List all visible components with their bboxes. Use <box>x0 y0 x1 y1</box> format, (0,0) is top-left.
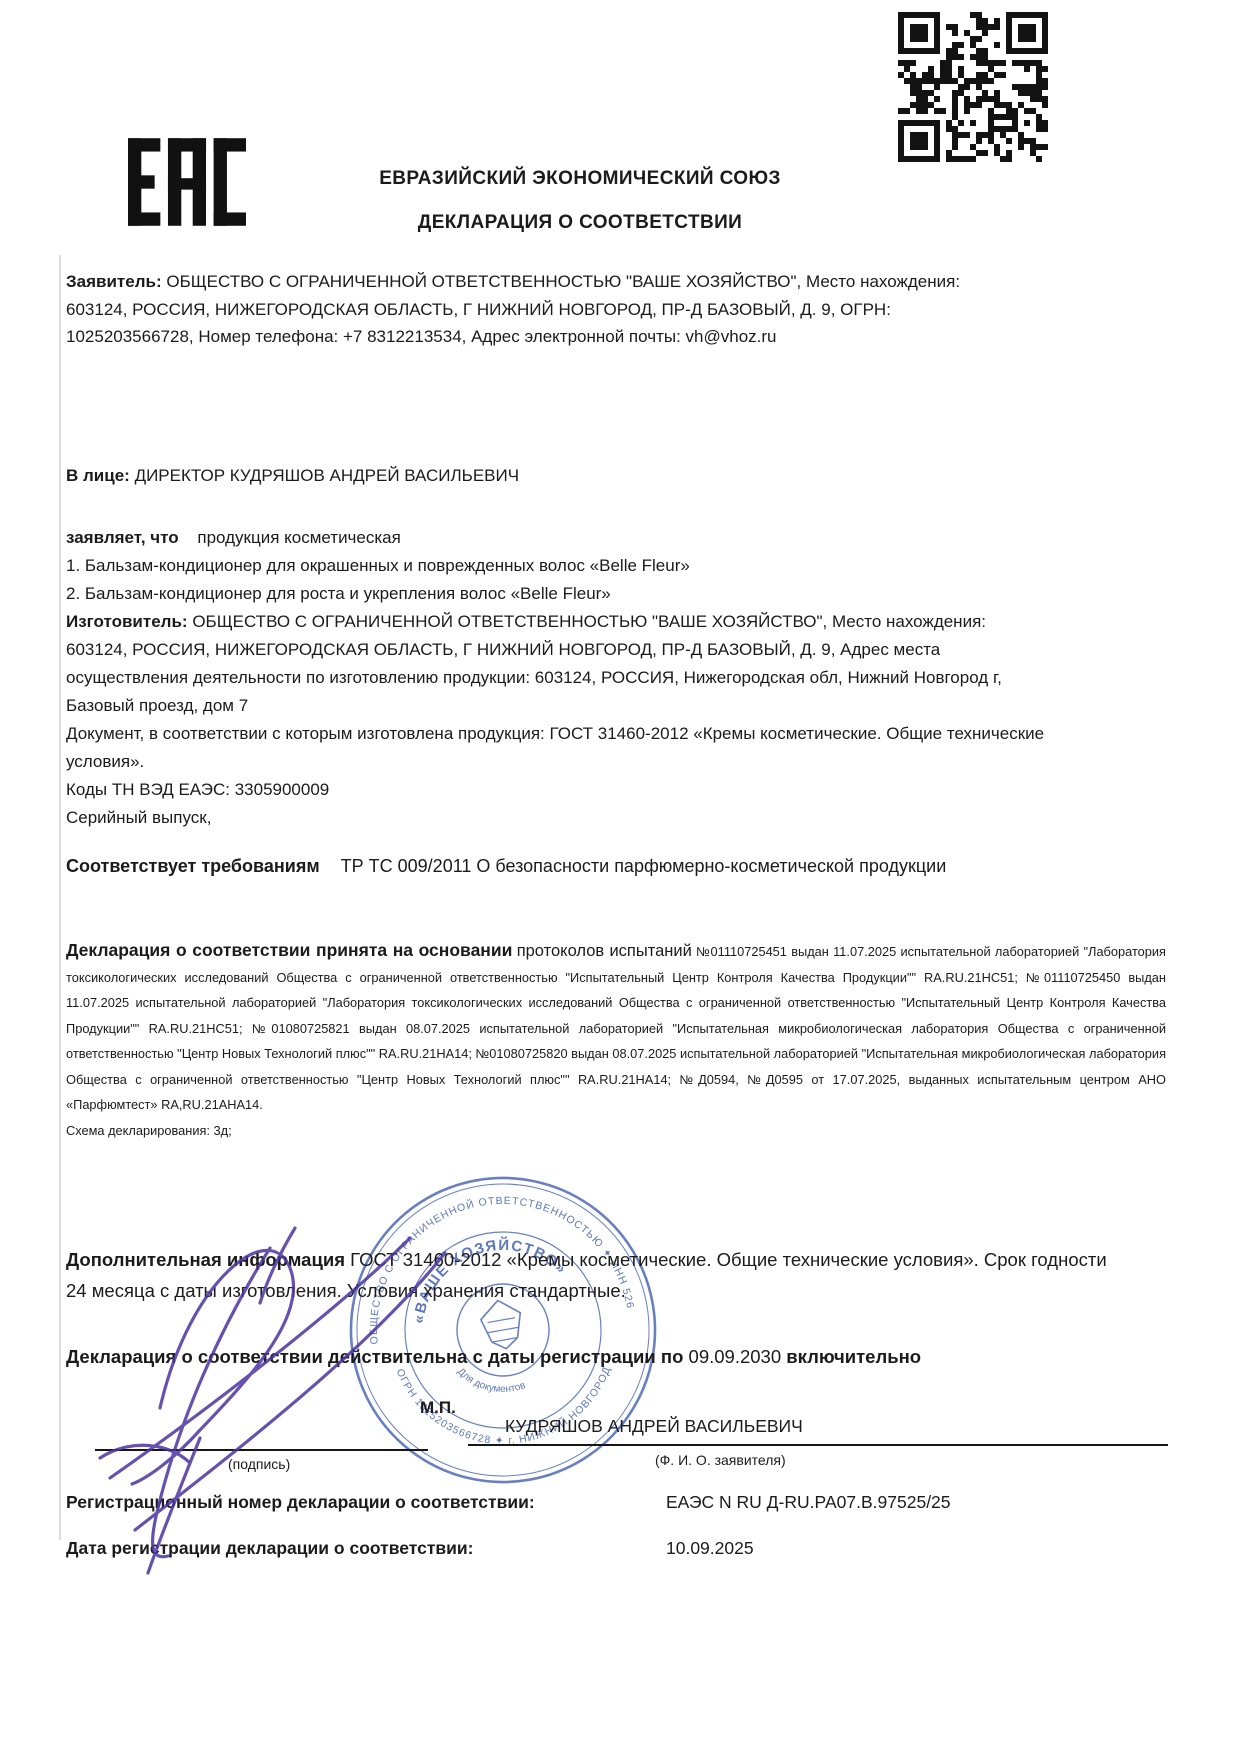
additional-info-label: Дополнительная информация <box>66 1249 345 1270</box>
company-round-stamp: ОБЩЕСТВО С ОГРАНИЧЕННОЙ ОТВЕТСТВЕННОСТЬЮ… <box>335 1162 671 1498</box>
basis-label: Декларация о соответствии принята на осн… <box>66 940 512 960</box>
eac-logo <box>128 138 246 226</box>
tnved-codes-line: Коды ТН ВЭД ЕАЭС: 3305900009 <box>66 776 1051 804</box>
representative-line: В лице: ДИРЕКТОР КУДРЯШОВ АНДРЕЙ ВАСИЛЬЕ… <box>66 462 1026 490</box>
basis-details: №01110725451 выдан 11.07.2025 испытатель… <box>66 944 1166 1112</box>
additional-info-paragraph: Дополнительная информация ГОСТ 31460-201… <box>66 1244 1126 1306</box>
declares-line: заявляет, что продукция косметическая <box>66 524 1051 552</box>
applicant-fio: КУДРЯШОВ АНДРЕЙ ВАСИЛЬЕВИЧ <box>505 1416 803 1437</box>
basis-sublabel: протоколов испытаний <box>517 942 692 960</box>
applicant-text: ОБЩЕСТВО С ОГРАНИЧЕННОЙ ОТВЕТСТВЕННОСТЬЮ… <box>66 272 960 346</box>
basis-paragraph: Декларация о соответствии принята на осн… <box>66 938 1166 1143</box>
product-item-1: 1. Бальзам-кондиционер для окрашенных и … <box>66 552 1051 580</box>
validity-line: Декларация о соответствии действительна … <box>66 1342 1176 1372</box>
validity-date: 09.09.2030 <box>689 1346 782 1367</box>
manufacturer-paragraph: Изготовитель: ОБЩЕСТВО С ОГРАНИЧЕННОЙ ОТ… <box>66 608 1051 720</box>
product-type: продукция косметическая <box>197 528 401 547</box>
handwritten-signature <box>40 1158 680 1588</box>
document-title: ДЕКЛАРАЦИЯ О СООТВЕТСТВИИ <box>250 212 910 234</box>
fio-underline <box>468 1444 1168 1446</box>
qr-code <box>898 12 1048 162</box>
applicant-paragraph: Заявитель: ОБЩЕСТВО С ОГРАНИЧЕННОЙ ОТВЕТ… <box>66 268 990 351</box>
serial-release-line: Серийный выпуск, <box>66 804 1051 832</box>
product-item-2: 2. Бальзам-кондиционер для роста и укреп… <box>66 580 1051 608</box>
representative-text: ДИРЕКТОР КУДРЯШОВ АНДРЕЙ ВАСИЛЬЕВИЧ <box>135 466 520 485</box>
declaration-subject-block: заявляет, что продукция косметическая 1.… <box>66 524 1051 832</box>
signature-caption: (подпись) <box>228 1456 290 1472</box>
registration-number-row: Регистрационный номер декларации о соотв… <box>66 1492 1186 1513</box>
registration-number-value: ЕАЭС N RU Д-RU.РА07.В.97525/25 <box>666 1492 951 1513</box>
representative-label: В лице: <box>66 466 130 485</box>
registration-date-value: 10.09.2025 <box>666 1538 754 1559</box>
registration-number-label: Регистрационный номер декларации о соотв… <box>66 1492 535 1512</box>
declaration-scheme-line: Схема декларирования: 3д; <box>66 1118 1166 1144</box>
manufacturer-label: Изготовитель: <box>66 612 188 631</box>
production-document-line: Документ, в соответствии с которым изгот… <box>66 720 1051 776</box>
validity-label-after: включительно <box>786 1346 921 1367</box>
validity-label-before: Декларация о соответствии действительна … <box>66 1346 683 1367</box>
manufacturer-text: ОБЩЕСТВО С ОГРАНИЧЕННОЙ ОТВЕТСТВЕННОСТЬЮ… <box>66 612 1002 715</box>
fio-caption: (Ф. И. О. заявителя) <box>655 1452 786 1468</box>
registration-date-label: Дата регистрации декларации о соответств… <box>66 1538 474 1558</box>
declaration-document-page: ЕВРАЗИЙСКИЙ ЭКОНОМИЧЕСКИЙ СОЮЗ ДЕКЛАРАЦИ… <box>0 0 1240 1754</box>
applicant-label: Заявитель: <box>66 272 162 291</box>
scan-edge-line <box>59 255 61 1540</box>
compliance-paragraph: Соответствует требованиям ТР ТС 009/2011… <box>66 852 996 881</box>
declares-label: заявляет, что <box>66 528 179 547</box>
registration-date-row: Дата регистрации декларации о соответств… <box>66 1538 1186 1559</box>
union-title: ЕВРАЗИЙСКИЙ ЭКОНОМИЧЕСКИЙ СОЮЗ <box>250 168 910 190</box>
stamp-place-label: М.П. <box>420 1398 456 1418</box>
compliance-text: ТР ТС 009/2011 О безопасности парфюмерно… <box>341 856 947 876</box>
compliance-label: Соответствует требованиям <box>66 856 320 876</box>
signature-underline <box>95 1449 428 1451</box>
